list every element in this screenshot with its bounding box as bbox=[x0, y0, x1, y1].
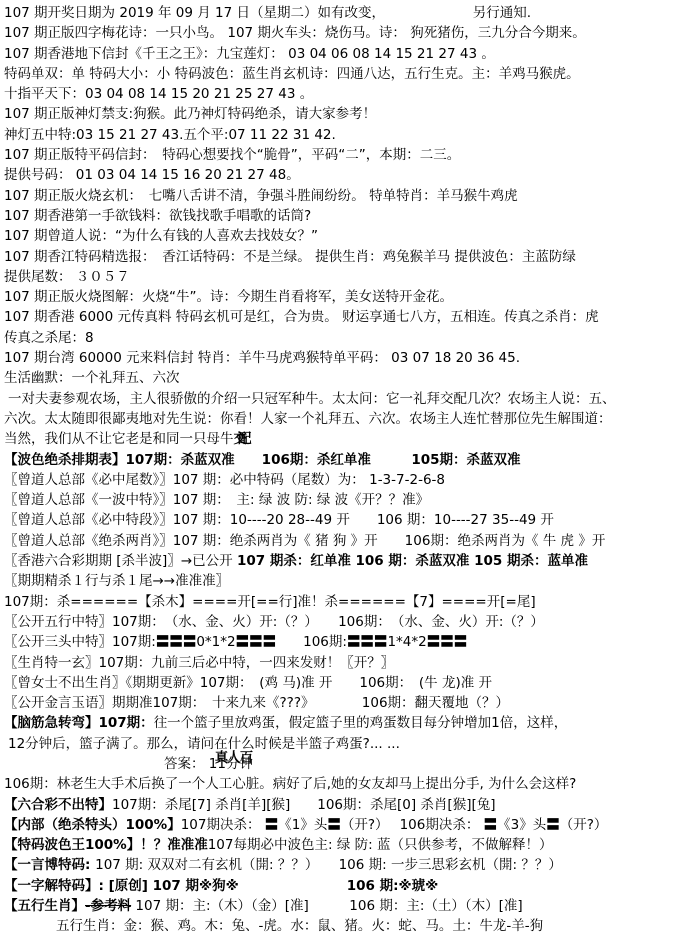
text-line: 六次。太太随即很鄙夷地对先生说：你看！人家一个礼拜五、六次。农场主人连忙替那位先… bbox=[4, 409, 688, 429]
text-segment: 生活幽默：一个礼拜五、六次 bbox=[4, 370, 180, 386]
text-segment: 〖公开三头中特〗107期: bbox=[4, 634, 156, 650]
text-line: 107 期正版四字梅花诗：一只小鸟。 107 期火车头：烧伤马。诗： 狗死猪伤，… bbox=[4, 23, 688, 43]
text-line: 〖曾道人总部《必中尾数》〗107 期：必中特码（尾数）为： 1-3-7-2-6-… bbox=[4, 470, 688, 490]
text-line: 107 期香江特码精选报： 香江话特码：不是兰绿。 提供生肖：鸡兔猴羊马 提供波… bbox=[4, 247, 688, 267]
text-segment: 答案： bbox=[164, 756, 209, 772]
text-segment: 〓 bbox=[546, 817, 560, 833]
text-line: 12分钟后，篮子满了。那么，请问在什么时候是半篮子鸡蛋?... ... bbox=[8, 734, 688, 754]
text-segment: 一对夫妻参观农场，主人很骄傲的介绍一只冠军种牛。太太问：它一礼拜交配几次？农场主… bbox=[8, 391, 616, 407]
text-line: 〖曾道人总部《必中特段》〗107 期：10----20 28--49 开 106… bbox=[4, 510, 688, 530]
text-line: 107 期开奖日期为 2019 年 09 月 17 日（星期二）如有改变， 另行… bbox=[4, 3, 688, 23]
text-segment: 〖公开五行中特〗107期： （水、金、火）开:（？） 106期： （水、金、火）… bbox=[4, 614, 544, 630]
text-segment: 【内部（绝杀特头）100%】 bbox=[4, 817, 181, 833]
text-line: 【五行生肖】-参考料 107 期：主:（木）（金）[准] 106 期：主:（土）… bbox=[4, 896, 688, 916]
text-segment: 《1》头 bbox=[278, 817, 327, 833]
text-segment: 107 期正版特平码信封： 特码心想要找个“脆骨”，平码“二”，本期：二三。 bbox=[4, 147, 460, 163]
text-segment: 106期：林老生大手术后换了一个人工心脏。病好了后,她的女友却马上提出分手, 为… bbox=[4, 776, 576, 792]
text-segment: 12分钟后，篮子满了。那么，请问在什么时候是半篮子鸡蛋?... ... bbox=[8, 736, 400, 752]
text-line: 【内部（绝杀特头）100%】107期决杀： 〓《1》头〓（开?） 106期决杀：… bbox=[4, 815, 688, 835]
text-segment: 六次。太太随即很鄙夷地对先生说：你看！人家一个礼拜五、六次。农场主人连忙替那位先… bbox=[4, 411, 612, 427]
text-segment: 107 期香港地下信封《千王之王》：九宝莲灯： 03 04 06 08 14 1… bbox=[4, 46, 495, 62]
text-line: 生活幽默：一个礼拜五、六次 bbox=[4, 368, 688, 388]
text-segment: 107 期香江特码精选报： 香江话特码：不是兰绿。 提供生肖：鸡兔猴羊马 提供波… bbox=[4, 249, 576, 265]
text-segment: 〓〓〓 bbox=[156, 634, 197, 650]
text-segment: 【五行生肖】 bbox=[4, 898, 85, 914]
text-segment: 五行生肖：金：猴、鸡。木：兔、-虎。水：鼠、猪。火：蛇、马。土：牛龙-羊-狗 bbox=[56, 918, 543, 934]
text-line: 107 期香港地下信封《千王之王》：九宝莲灯： 03 04 06 08 14 1… bbox=[4, 44, 688, 64]
text-line: 提供尾数： ３０５７ bbox=[4, 267, 688, 287]
text-line: 【脑筋急转弯】107期：往一个篮子里放鸡蛋，假定篮子里的鸡蛋数目每分钟增加1倍，… bbox=[4, 713, 688, 733]
text-segment: 107期：杀尾[7] 杀肖[羊][猴] 106期：杀尾[0] 杀肖[猴][兔] bbox=[112, 797, 496, 813]
text-line: 107 期正版特平码信封： 特码心想要找个“脆骨”，平码“二”，本期：二三。 bbox=[4, 145, 688, 165]
text-segment: 〖香港六合彩期期 [杀半波]〗→已公开 bbox=[4, 553, 237, 569]
text-line: 【特码波色王100%】！？准准准107每期必中波色主: 绿 防: 蓝（只供参考，… bbox=[4, 835, 688, 855]
text-segment: 107期：杀======【杀木】====开[==行]准！杀======【7】==… bbox=[4, 594, 536, 610]
text-segment: 《3》头 bbox=[497, 817, 546, 833]
text-segment: 〖曾女士不出生肖〗《期期更新》107期： (鸡 马)准 开 106期： (牛 龙… bbox=[4, 675, 492, 691]
text-line: 【一言博特码: 107 期: 双双对二有玄机（開: ？？） 106 期: 一步三… bbox=[4, 855, 688, 875]
text-line: 一对夫妻参观农场，主人很骄傲的介绍一只冠军种牛。太太问：它一礼拜交配几次？农场主… bbox=[8, 389, 688, 409]
text-segment: 11分钟真人百 bbox=[209, 756, 253, 772]
text-line: 五行生肖：金：猴、鸡。木：兔、-虎。水：鼠、猪。火：蛇、马。土：牛龙-羊-狗 bbox=[56, 916, 688, 936]
text-segment: 当然，我们从不让它老是和同一只母牛 bbox=[4, 431, 234, 447]
text-line: 〖香港六合彩期期 [杀半波]〗→已公开 107 期杀：红单准 106 期：杀蓝双… bbox=[4, 551, 688, 571]
text-segment: 〖公开金言玉语〗期期准107期： 十来九来《???》 106期：翻天覆地（？） bbox=[4, 695, 509, 711]
text-segment: 传真之杀尾：8 bbox=[4, 330, 94, 346]
text-segment: 神灯五中特:03 15 21 27 43.五个平:07 11 22 31 42. bbox=[4, 127, 336, 143]
text-segment: 【六合彩不出特】 bbox=[4, 797, 112, 813]
text-line: 【六合彩不出特】107期：杀尾[7] 杀肖[羊][猴] 106期：杀尾[0] 杀… bbox=[4, 795, 688, 815]
text-segment: 〓 bbox=[484, 817, 498, 833]
text-line: 传真之杀尾：8 bbox=[4, 328, 688, 348]
overprinted-text: 真人百 bbox=[215, 748, 253, 768]
text-segment: 【一字解特码】: [原创] 107 期※狗※ 106 期:※琥※ bbox=[4, 878, 438, 894]
text-segment: 〓 bbox=[327, 817, 341, 833]
text-line: 107期：杀======【杀木】====开[==行]准！杀======【7】==… bbox=[4, 592, 688, 612]
text-line: 107 期正版火烧玄机： 七嘴八舌讲不清，争强斗胜闹纷纷。 特单特肖：羊马猴牛鸡… bbox=[4, 186, 688, 206]
text-segment: 107 期香港 6000 元传真料 特码玄机可是红，合为贵。 财运享通七八方，五… bbox=[4, 309, 599, 325]
text-line: 〖曾女士不出生肖〗《期期更新》107期： (鸡 马)准 开 106期： (牛 龙… bbox=[4, 673, 688, 693]
text-segment: 〖曾道人总部《必中尾数》〗107 期：必中特码（尾数）为： 1-3-7-2-6-… bbox=[4, 472, 445, 488]
text-line: 〖曾道人总部《一波中特》〗107 期： 主: 绿 波 防: 绿 波《开？？准》 bbox=[4, 490, 688, 510]
text-segment: 【特码波色王100%】！？准准准 bbox=[4, 837, 208, 853]
text-line: 107 期台湾 60000 元来料信封 特肖：羊牛马虎鸡猴特单平码： 03 07… bbox=[4, 348, 688, 368]
text-line: 〖曾道人总部《绝杀两肖》〗107 期：绝杀两肖为《 猪 狗 》开 106期：绝杀… bbox=[4, 531, 688, 551]
text-segment: 106期: bbox=[276, 634, 347, 650]
text-segment: 特码单双：单 特码大小：小 特码波色：蓝生肖玄机诗：四通八达，五行生克。主：羊鸡… bbox=[4, 66, 580, 82]
text-line: 特码单双：单 特码大小：小 特码波色：蓝生肖玄机诗：四通八达，五行生克。主：羊鸡… bbox=[4, 64, 688, 84]
text-line: 107 期曾道人说：“为什么有钱的人喜欢去找妓女？” bbox=[4, 226, 688, 246]
text-segment: 107 期香港第一手欲钱料：欲钱找歌手唱歌的话筒? bbox=[4, 208, 311, 224]
text-segment: （开?） bbox=[560, 817, 608, 833]
text-segment: 〓〓〓 bbox=[236, 634, 277, 650]
text-segment: 107 期正版四字梅花诗：一只小鸟。 107 期火车头：烧伤马。诗： 狗死猪伤，… bbox=[4, 25, 586, 41]
text-line: 107 期正版神灯禁支:狗猴。此乃神灯特码绝杀，请大家参考！ bbox=[4, 104, 688, 124]
text-line: 十指平天下：03 04 08 14 15 20 21 25 27 43 。 bbox=[4, 84, 688, 104]
text-segment: 107 期杀：红单准 106 期：杀蓝双准 105 期杀：蓝单准 bbox=[237, 553, 588, 569]
text-line: 【波色绝杀排期表】107期：杀蓝双准 106期：杀红单准 105期：杀蓝双准 bbox=[4, 450, 688, 470]
text-segment: 〖期期精杀１行与杀１尾→→准准准〗 bbox=[4, 573, 229, 589]
text-segment: 十指平天下：03 04 08 14 15 20 21 25 27 43 。 bbox=[4, 86, 313, 102]
tip-sheet: 107 期开奖日期为 2019 年 09 月 17 日（星期二）如有改变， 另行… bbox=[0, 0, 688, 937]
text-line: 〖期期精杀１行与杀１尾→→准准准〗 bbox=[4, 571, 688, 591]
text-segment: 提供尾数： ３０５７ bbox=[4, 269, 130, 285]
text-segment: 107 期正版火烧玄机： 七嘴八舌讲不清，争强斗胜闹纷纷。 特单特肖：羊马猴牛鸡… bbox=[4, 188, 518, 204]
text-segment: 107每期必中波色主: 绿 防: 蓝（只供参考，不做解释！） bbox=[208, 837, 553, 853]
text-segment: 〓 bbox=[265, 817, 279, 833]
text-segment: 107期决杀： bbox=[181, 817, 265, 833]
text-segment: 〓〓〓 bbox=[347, 634, 388, 650]
text-segment: （开?） 106期决杀： bbox=[341, 817, 484, 833]
text-segment: 107 期：主:（木）（金）[准] 106 期：主:（土）（木）[准] bbox=[131, 898, 523, 914]
text-line: 〖公开三头中特〗107期:〓〓〓0*1*2〓〓〓 106期:〓〓〓1*4*2〓〓… bbox=[4, 632, 688, 652]
text-segment: 【脑筋急转弯】107期： bbox=[4, 715, 154, 731]
text-line: 107 期香港 6000 元传真料 特码玄机可是红，合为贵。 财运享通七八方，五… bbox=[4, 307, 688, 327]
text-segment: 【一言博特码: bbox=[4, 857, 95, 873]
text-segment: -参考料 bbox=[85, 898, 131, 914]
text-segment: 〖曾道人总部《必中特段》〗107 期：10----20 28--49 开 106… bbox=[4, 512, 554, 528]
text-segment: 〖生肖特一玄〗107期：九前三后必中特，一四来发财！〖开？〗 bbox=[4, 655, 394, 671]
text-line: 答案： 11分钟真人百 bbox=[164, 754, 688, 774]
text-segment: 107 期正版神灯禁支:狗猴。此乃神灯特码绝杀，请大家参考！ bbox=[4, 106, 376, 122]
text-segment: 107 期开奖日期为 2019 年 09 月 17 日（星期二）如有改变， 另行… bbox=[4, 5, 531, 21]
text-segment: 交配 bbox=[234, 431, 243, 447]
text-segment: 107 期: 双双对二有玄机（開: ？？） 106 期: 一步三思彩玄机（開: … bbox=[95, 857, 562, 873]
text-line: 106期：林老生大手术后换了一个人工心脏。病好了后,她的女友却马上提出分手, 为… bbox=[4, 774, 688, 794]
text-segment: 提供号码： 01 03 04 14 15 16 20 21 27 48。 bbox=[4, 167, 300, 183]
text-line: 〖生肖特一玄〗107期：九前三后必中特，一四来发财！〖开？〗 bbox=[4, 653, 688, 673]
text-segment: 【波色绝杀排期表】107期：杀蓝双准 106期：杀红单准 105期：杀蓝双准 bbox=[4, 452, 521, 468]
text-line: 〖公开五行中特〗107期： （水、金、火）开:（？） 106期： （水、金、火）… bbox=[4, 612, 688, 632]
text-segment: 〖曾道人总部《一波中特》〗107 期： 主: 绿 波 防: 绿 波《开？？准》 bbox=[4, 492, 429, 508]
text-segment: 107 期正版火烧图解：火烧“牛”。诗：今期生肖看将军，美女送特开金花。 bbox=[4, 289, 453, 305]
text-segment: 107 期曾道人说：“为什么有钱的人喜欢去找妓女？” bbox=[4, 228, 318, 244]
text-line: 神灯五中特:03 15 21 27 43.五个平:07 11 22 31 42. bbox=[4, 125, 688, 145]
text-line: 当然，我们从不让它老是和同一只母牛交配 bbox=[4, 429, 688, 449]
text-line: 〖公开金言玉语〗期期准107期： 十来九来《???》 106期：翻天覆地（？） bbox=[4, 693, 688, 713]
text-segment: 〓〓〓 bbox=[427, 634, 468, 650]
text-line: 107 期正版火烧图解：火烧“牛”。诗：今期生肖看将军，美女送特开金花。 bbox=[4, 287, 688, 307]
text-segment: 1*4*2 bbox=[387, 634, 426, 650]
text-segment: 0*1*2 bbox=[196, 634, 235, 650]
text-segment: 107 期台湾 60000 元来料信封 特肖：羊牛马虎鸡猴特单平码： 03 07… bbox=[4, 350, 520, 366]
text-segment: 往一个篮子里放鸡蛋，假定篮子里的鸡蛋数目每分钟增加1倍，这样， bbox=[154, 715, 568, 731]
text-line: 【一字解特码】: [原创] 107 期※狗※ 106 期:※琥※ bbox=[4, 876, 688, 896]
text-line: 107 期香港第一手欲钱料：欲钱找歌手唱歌的话筒? bbox=[4, 206, 688, 226]
text-segment: 〖曾道人总部《绝杀两肖》〗107 期：绝杀两肖为《 猪 狗 》开 106期：绝杀… bbox=[4, 533, 605, 549]
text-line: 提供号码： 01 03 04 14 15 16 20 21 27 48。 bbox=[4, 165, 688, 185]
